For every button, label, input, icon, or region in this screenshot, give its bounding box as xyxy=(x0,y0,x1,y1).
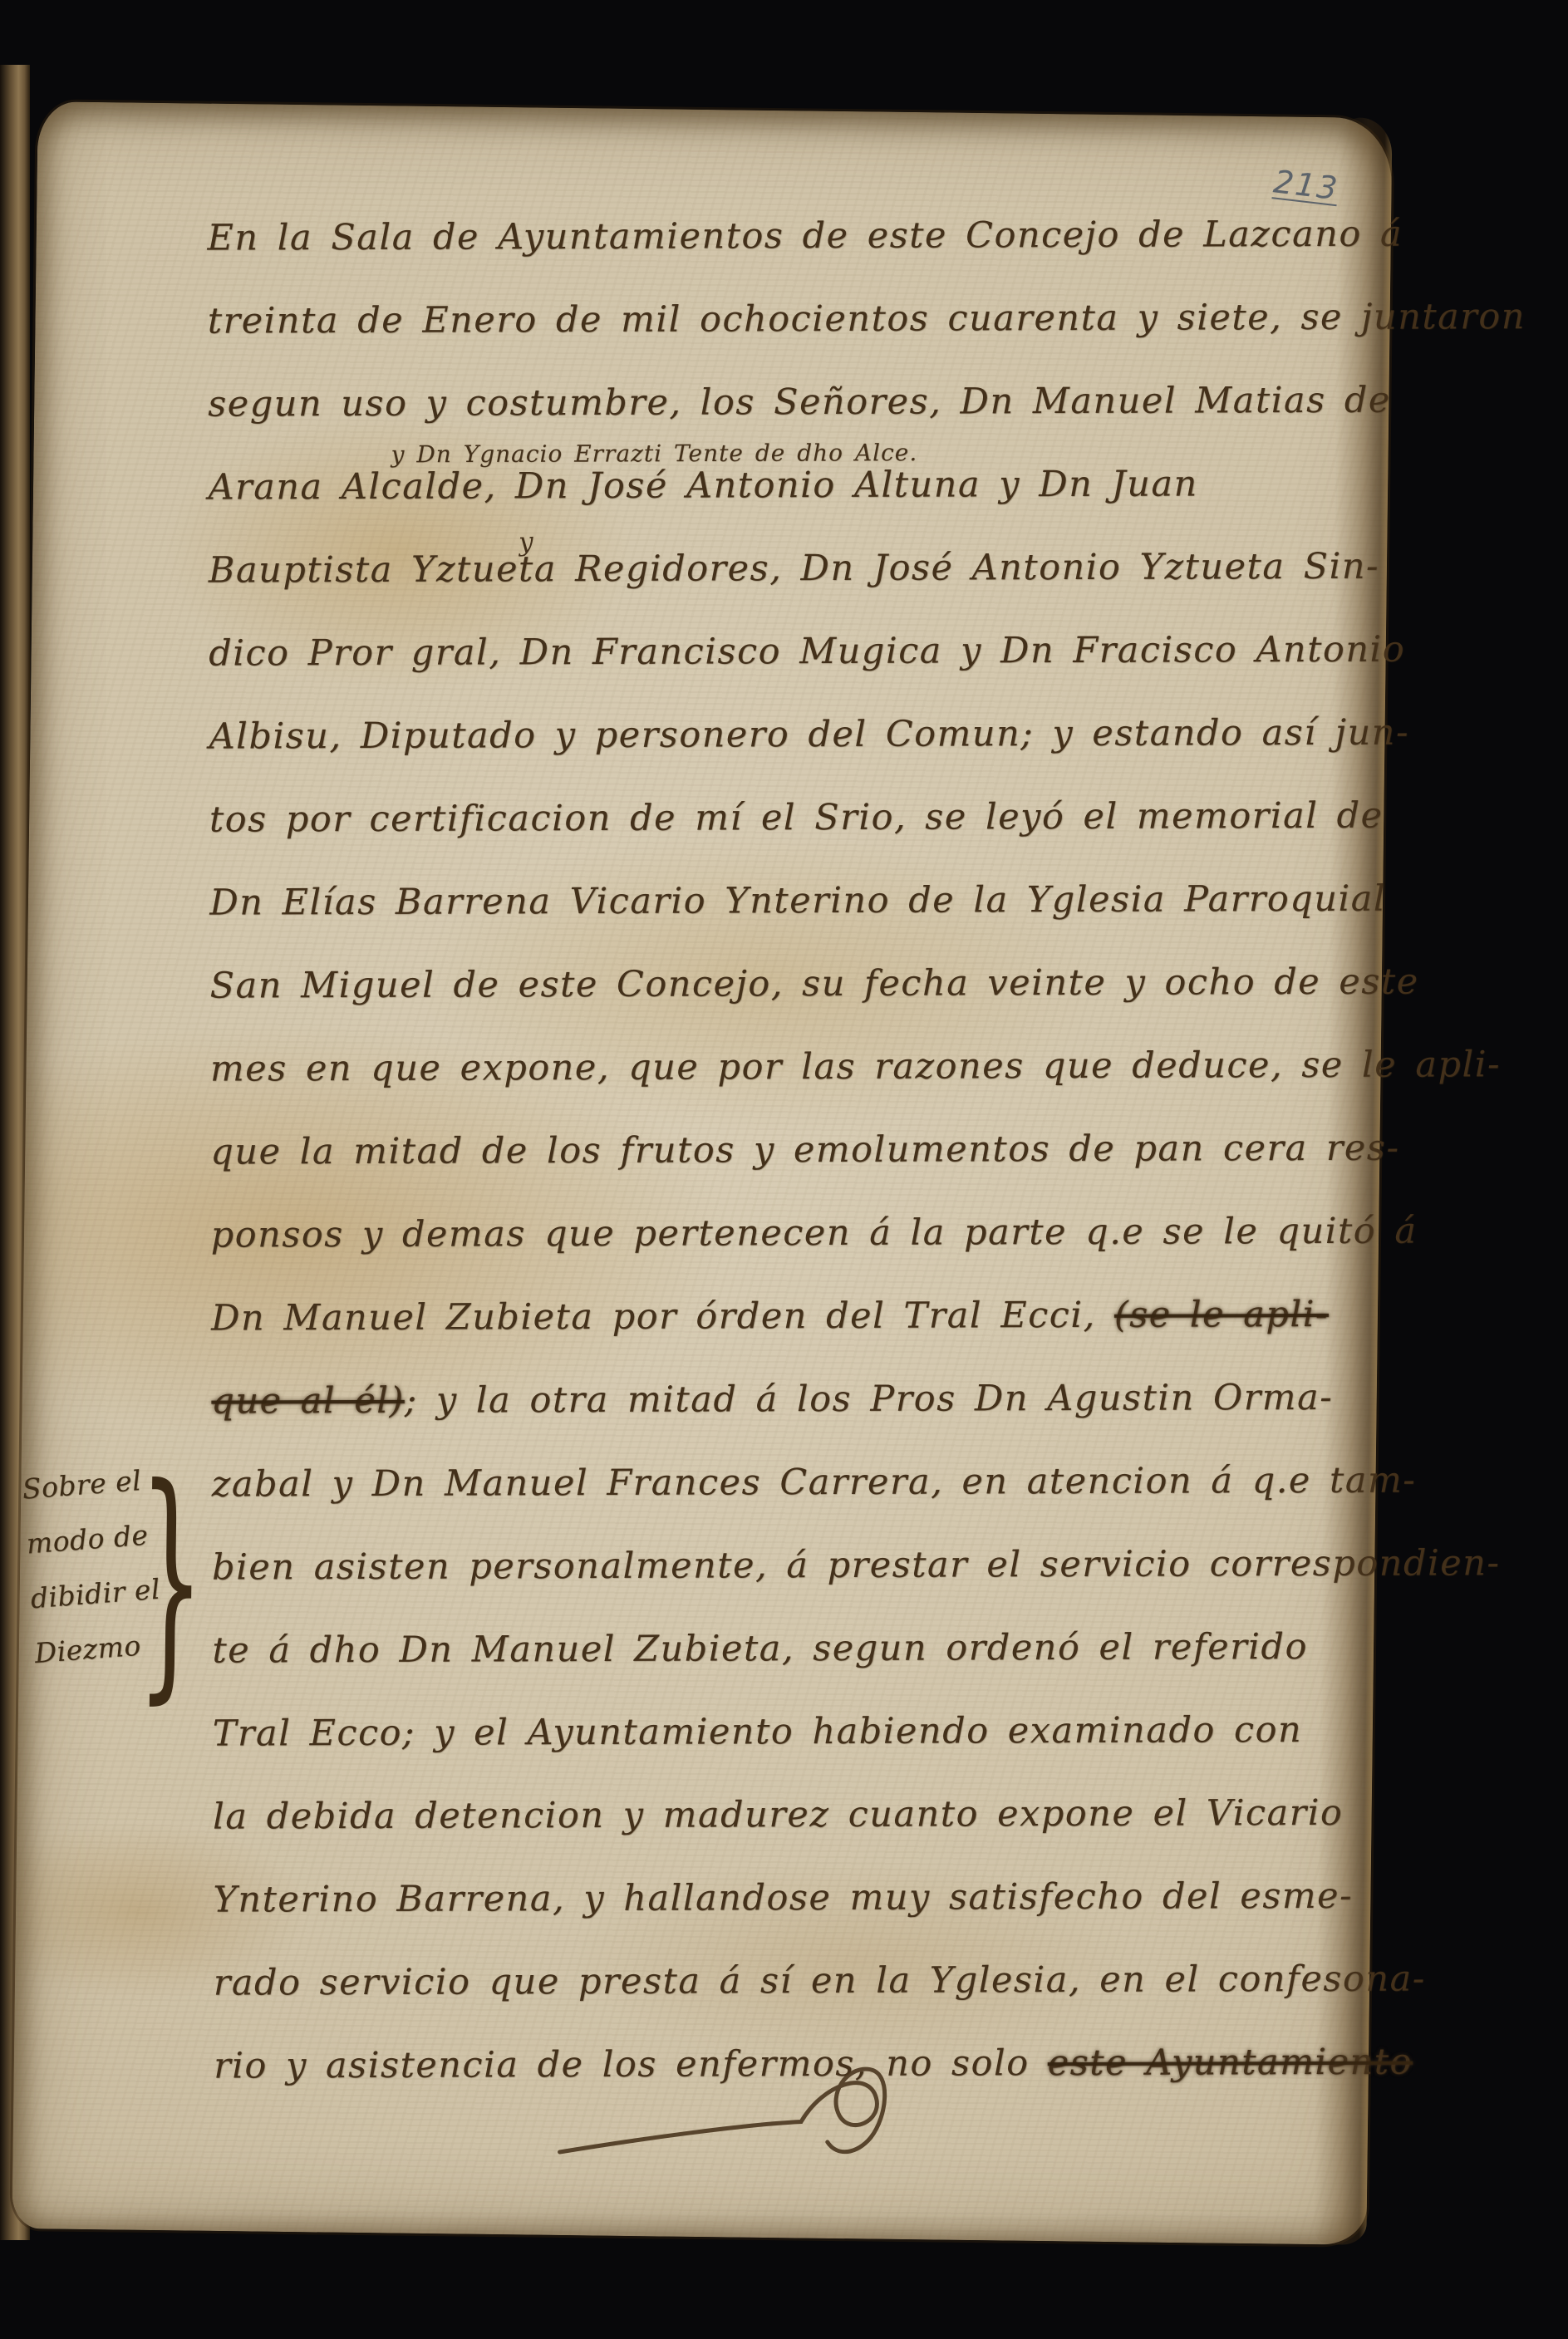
manuscript-line: Ynterino Barrena, y hallandose muy satis… xyxy=(213,1855,1401,1942)
caret-insertion-mark: y xyxy=(518,527,534,558)
line-text: la debida detencion y madurez cuanto exp… xyxy=(213,1792,1343,1838)
line-text: bien asisten personalmente, á prestar el… xyxy=(212,1542,1500,1588)
struck-text: (se le apli- xyxy=(1114,1294,1329,1336)
manuscript-line: San Miguel de este Concejo, su fecha vei… xyxy=(209,941,1398,1028)
manuscript-line: bien asisten personalmente, á prestar el… xyxy=(212,1522,1400,1609)
line-text: tos por certificacion de mí el Srio, se … xyxy=(209,795,1384,841)
manuscript-line: treinta de Enero de mil ochocientos cuar… xyxy=(208,276,1396,363)
line-text: Tral Ecco; y el Ayuntamiento habiendo ex… xyxy=(213,1709,1303,1755)
scan-backdrop: 213 En la Sala de Ayuntamientos de este … xyxy=(0,0,1568,2339)
paraph-flourish-icon xyxy=(553,2051,903,2213)
manuscript-line: que al él); y la otra mitad á los Pros D… xyxy=(211,1356,1399,1443)
manuscript-line: que la mitad de los frutos y emolumentos… xyxy=(210,1107,1398,1194)
manuscript-line: Dn Elías Barrena Vicario Ynterino de la … xyxy=(209,857,1398,945)
interlinear-insertion: y Dn Ygnacio Errazti Tente de dho Alce. xyxy=(391,439,918,468)
line-text: que la mitad de los frutos y emolumentos… xyxy=(210,1128,1399,1173)
line-text: San Miguel de este Concejo, su fecha vei… xyxy=(210,961,1419,1007)
line-text: te á dho Dn Manuel Zubieta, segun ordenó… xyxy=(212,1626,1308,1672)
manuscript-line: tos por certificacion de mí el Srio, se … xyxy=(209,774,1398,862)
line-text: Albisu, Diputado y personero del Comun; … xyxy=(209,712,1409,758)
struck-text: que al él) xyxy=(211,1380,405,1423)
manuscript-line: Bauptista Yztueta Regidores, Dn José Ant… xyxy=(209,525,1397,612)
manuscript-line: mes en que expone, que por las razones q… xyxy=(210,1024,1398,1111)
struck-text: este Ayuntamiento xyxy=(1048,2042,1413,2085)
manuscript-line: segun uso y costumbre, los Señores, Dn M… xyxy=(208,359,1396,446)
manuscript-line: En la Sala de Ayuntamientos de este Conc… xyxy=(207,193,1395,280)
line-text: ponsos y demas que pertenecen á la parte… xyxy=(211,1211,1418,1256)
line-text: segun uso y costumbre, los Señores, Dn M… xyxy=(208,380,1391,425)
manuscript-page: 213 En la Sala de Ayuntamientos de este … xyxy=(12,101,1392,2245)
margin-brace: } xyxy=(136,1456,206,1706)
line-text: rado servicio que presta á sí en la Ygle… xyxy=(214,1958,1426,2004)
manuscript-line: ponsos y demas que pertenecen á la parte… xyxy=(211,1190,1399,1277)
line-text: Bauptista Yztueta Regidores, Dn José Ant… xyxy=(209,546,1379,592)
manuscript-line: Tral Ecco; y el Ayuntamiento habiendo ex… xyxy=(213,1688,1401,1776)
line-text: Arana Alcalde, Dn José Antonio Altuna y … xyxy=(208,463,1197,508)
line-text: Dn Elías Barrena Vicario Ynterino de la … xyxy=(209,878,1386,924)
manuscript-line: te á dho Dn Manuel Zubieta, segun ordenó… xyxy=(212,1605,1400,1693)
line-text: dico Pror gral, Dn Francisco Mugica y Dn… xyxy=(209,629,1405,675)
line-text: Dn Manuel Zubieta por órden del Tral Ecc… xyxy=(211,1295,1114,1339)
line-text: mes en que expone, que por las razones q… xyxy=(210,1044,1501,1089)
manuscript-line: Albisu, Diputado y personero del Comun; … xyxy=(209,691,1397,779)
manuscript-line: Dn Manuel Zubieta por órden del Tral Ecc… xyxy=(211,1273,1399,1360)
line-text: ; y la otra mitad á los Pros Dn Agustin … xyxy=(405,1377,1334,1422)
manuscript-text: En la Sala de Ayuntamientos de este Conc… xyxy=(207,193,1402,2108)
line-text: treinta de Enero de mil ochocientos cuar… xyxy=(208,296,1526,342)
manuscript-line: rado servicio que presta á sí en la Ygle… xyxy=(214,1938,1402,2025)
manuscript-line: dico Pror gral, Dn Francisco Mugica y Dn… xyxy=(209,608,1397,695)
line-text: En la Sala de Ayuntamientos de este Conc… xyxy=(207,214,1403,259)
line-text: zabal y Dn Manuel Frances Carrera, en at… xyxy=(212,1460,1417,1506)
manuscript-line: la debida detencion y madurez cuanto exp… xyxy=(213,1771,1401,1859)
manuscript-line: zabal y Dn Manuel Frances Carrera, en at… xyxy=(212,1439,1400,1526)
line-text: Ynterino Barrena, y hallandose muy satis… xyxy=(213,1875,1353,1921)
